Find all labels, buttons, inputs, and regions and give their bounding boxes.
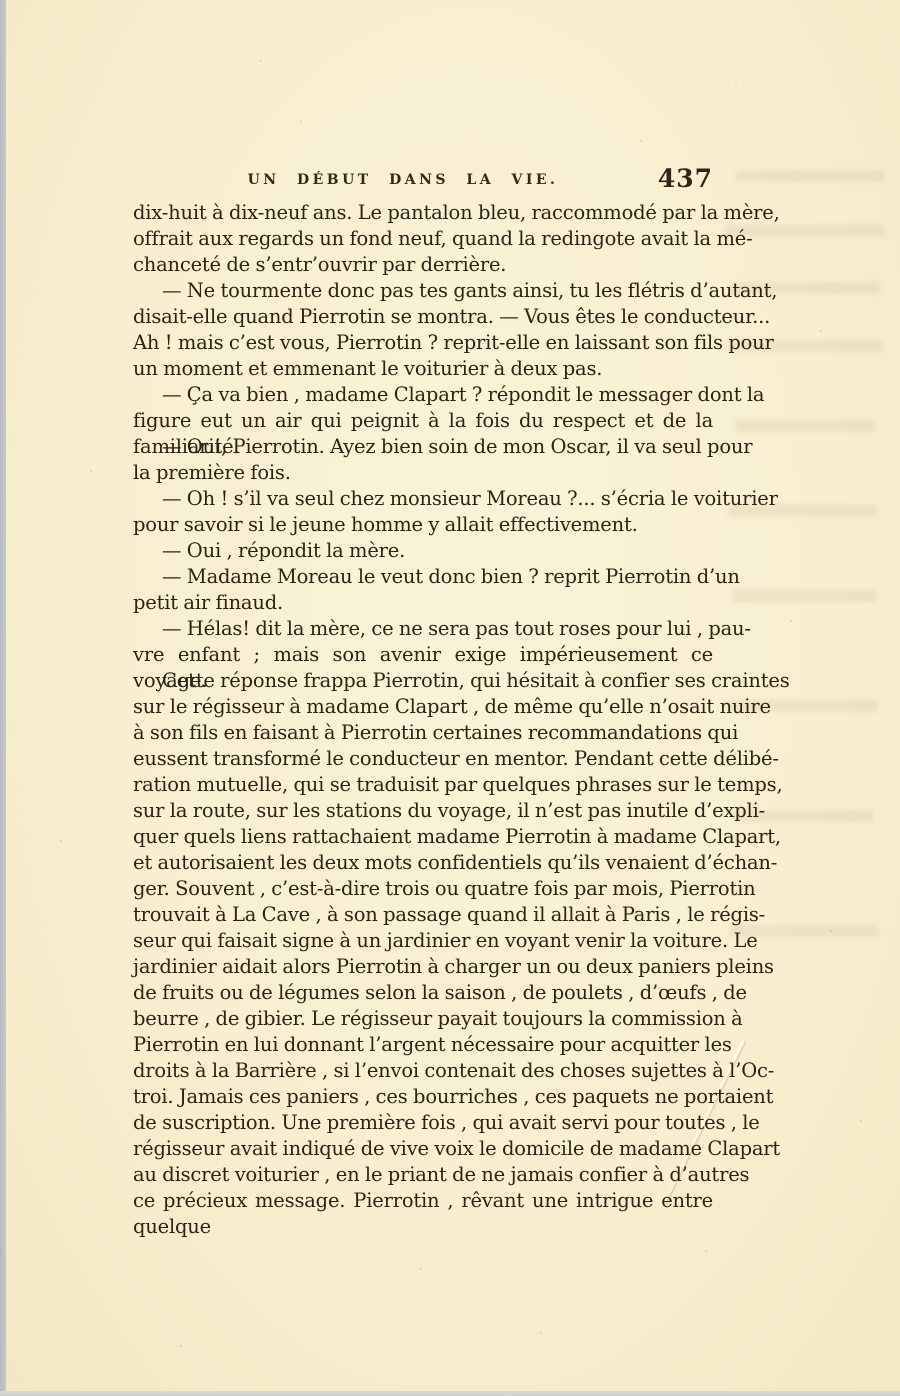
paragraph: — Ne tourmente donc pas tes gants ainsi,… [133,278,713,382]
text-line: régisseur avait indiqué de vive voix le … [133,1136,713,1162]
text-line: troi. Jamais ces paniers , ces bourriche… [133,1084,713,1110]
paragraph: — Oh ! s’il va seul chez monsieur Moreau… [133,486,713,538]
text-block: UN DÉBUT DANS LA VIE. 437 dix-huit à dix… [133,168,713,1214]
page-text: dix-huit à dix-neuf ans. Le pantalon ble… [133,200,713,1214]
scanned-page: UN DÉBUT DANS LA VIE. 437 dix-huit à dix… [0,0,900,1396]
text-line: — Oui , répondit la mère. [133,538,713,564]
text-line: — Hélas! dit la mère, ce ne sera pas tou… [133,616,713,642]
paragraph: — Madame Moreau le veut donc bien ? repr… [133,564,713,616]
text-line: offrait aux regards un fond neuf, quand … [133,226,713,252]
text-line: trouvait à La Cave , à son passage quand… [133,902,713,928]
page-number: 437 [658,164,713,193]
page-header: UN DÉBUT DANS LA VIE. 437 [133,168,713,194]
running-title: UN DÉBUT DANS LA VIE. [133,172,673,188]
paragraph: — Ça va bien , madame Clapart ? répondit… [133,382,713,434]
text-line: à son fils en faisant à Pierrotin certai… [133,720,713,746]
text-line: — Madame Moreau le veut donc bien ? repr… [133,564,713,590]
text-line: petit air finaud. [133,590,713,616]
text-line: — Oh ! s’il va seul chez monsieur Moreau… [133,486,713,512]
text-line: seur qui faisait signe à un jardinier en… [133,928,713,954]
text-line: sur le régisseur à madame Clapart , de m… [133,694,713,720]
text-line: dix-huit à dix-neuf ans. Le pantalon ble… [133,200,713,226]
text-line: vre enfant ; mais son avenir exige impér… [133,642,713,668]
text-line: de suscription. Une première fois , qui … [133,1110,713,1136]
text-line: beurre , de gibier. Le régisseur payait … [133,1006,713,1032]
text-line: — Oui, Pierrotin. Ayez bien soin de mon … [133,434,713,460]
text-line: un moment et emmenant le voiturier à deu… [133,356,713,382]
text-line: pour savoir si le jeune homme y allait e… [133,512,713,538]
text-line: au discret voiturier , en le priant de n… [133,1162,713,1188]
text-line: disait-elle quand Pierrotin se montra. —… [133,304,713,330]
text-line: Pierrotin en lui donnant l’argent nécess… [133,1032,713,1058]
text-line: — Ça va bien , madame Clapart ? répondit… [133,382,713,408]
bleed-through [735,170,885,182]
scan-edge-left [0,0,6,1396]
text-line: ger. Souvent , c’est-à-dire trois ou qua… [133,876,713,902]
text-line: sur la route, sur les stations du voyage… [133,798,713,824]
text-line: Cette réponse frappa Pierrotin, qui hési… [133,668,713,694]
text-line: de fruits ou de légumes selon la saison … [133,980,713,1006]
text-line: Ah ! mais c’est vous, Pierrotin ? reprit… [133,330,713,356]
bleed-through [732,590,877,602]
text-line: — Ne tourmente donc pas tes gants ainsi,… [133,278,713,304]
paragraph: — Oui , répondit la mère. [133,538,713,564]
scan-edge-bottom [0,1391,900,1396]
text-line: ce précieux message. Pierrotin , rêvant … [133,1188,713,1214]
text-line: figure eut un air qui peignit à la fois … [133,408,713,434]
text-line: jardinier aidait alors Pierrotin à charg… [133,954,713,980]
bleed-through [735,420,875,432]
text-line: la première fois. [133,460,713,486]
paragraph: Cette réponse frappa Pierrotin, qui hési… [133,668,713,1214]
text-line: eussent transformé le conducteur en ment… [133,746,713,772]
text-line: droits à la Barrière , si l’envoi conten… [133,1058,713,1084]
text-line: ration mutuelle, qui se traduisit par qu… [133,772,713,798]
text-line: chanceté de s’entr’ouvrir par derrière. [133,252,713,278]
paragraph: dix-huit à dix-neuf ans. Le pantalon ble… [133,200,713,278]
paragraph: — Hélas! dit la mère, ce ne sera pas tou… [133,616,713,668]
text-line: et autorisaient les deux mots confidenti… [133,850,713,876]
paragraph: — Oui, Pierrotin. Ayez bien soin de mon … [133,434,713,486]
text-line: quer quels liens rattachaient madame Pie… [133,824,713,850]
